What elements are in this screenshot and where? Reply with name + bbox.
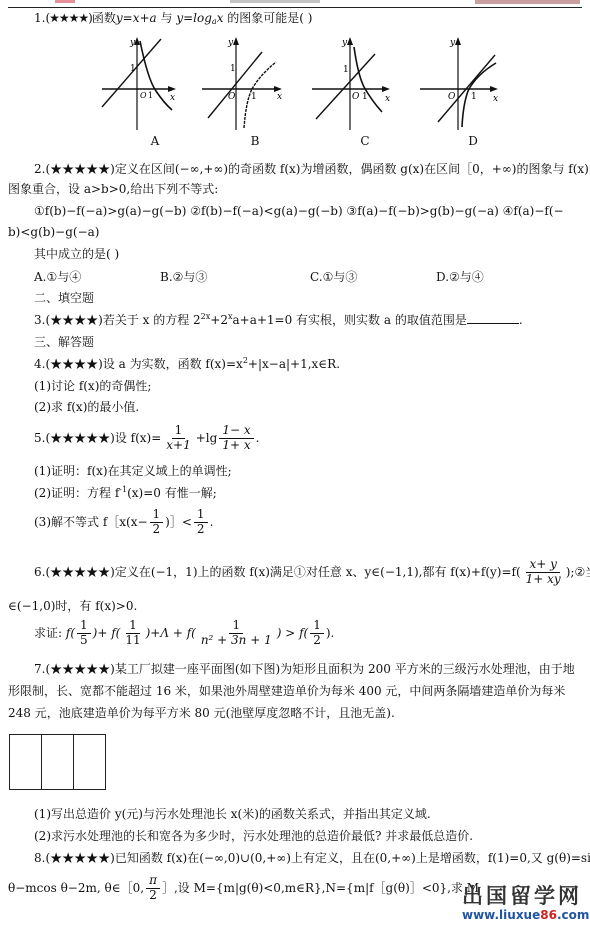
question-2-prompt: 其中成立的是( ): [34, 245, 119, 263]
graph-c: y 1 O 1 x C: [310, 35, 420, 155]
question-7-part-2: (2)求污水处理池的长和宽各为多少时，污水处理池的总造价最低? 并求最低总造价.: [34, 827, 473, 845]
question-4-part-1: (1)讨论 f(x)的奇偶性;: [34, 377, 151, 395]
fraction: 111: [122, 619, 143, 648]
graph-a: y 1 O 1 x A: [100, 35, 210, 155]
fraction: 1x+1: [163, 424, 193, 453]
question-7-part-1: (1)写出总造价 y(元)与污水处理池长 x(米)的函数关系式，并指出其定义域.: [34, 805, 431, 823]
question-5-part-2: (2)证明：方程 f-1(x)=0 有惟一解;: [34, 484, 217, 502]
svg-text:1: 1: [471, 92, 477, 102]
question-2-inequalities: ①f(b)−f(−a)>g(a)−g(−b) ②f(b)−f(−a)<g(a)−…: [34, 202, 564, 220]
fraction: π2: [146, 874, 160, 903]
svg-text:1: 1: [251, 92, 257, 102]
svg-text:O: O: [352, 92, 360, 102]
fraction: 15: [77, 619, 91, 648]
fraction: 1n² + 3n + 1: [198, 619, 275, 648]
watermark-url: www.liuxue86.com: [462, 909, 589, 921]
header-logo: [55, 0, 75, 3]
graph-b: y 1 O 1 x B: [200, 35, 310, 155]
question-8-line-2: θ−mcos θ−2m, θ∈［0,π2］,设 M={m|g(θ)<0,m∈R}…: [8, 874, 479, 903]
graph-d: y O 1 x D: [418, 35, 528, 155]
svg-text:x: x: [493, 94, 498, 104]
svg-text:O: O: [140, 91, 147, 100]
question-6-proof: 求证: f(15)+ f(111)+Λ + f(1n² + 3n + 1) > …: [34, 619, 334, 648]
question-8-line-1: 8.(★★★★★)已知函数 f(x)在(−∞,0)∪(0,+∞)上有定义，且在(…: [34, 849, 590, 867]
svg-text:1: 1: [362, 92, 368, 102]
section-solutions-heading: 三、解答题: [34, 333, 94, 351]
watermark-brand: 出国留学网: [462, 886, 589, 907]
graph-b-label: B: [200, 132, 310, 150]
question-7-line-1: 7.(★★★★★)某工厂拟建一座平面图(如下图)为矩形且面积为 200 平方米的…: [34, 660, 575, 678]
svg-text:y: y: [129, 38, 136, 48]
section-fill-in-heading: 二、填空题: [34, 289, 94, 307]
svg-text:1: 1: [148, 91, 153, 100]
header-rule: [8, 7, 582, 8]
graph-c-plot: y 1 O 1 x: [310, 35, 420, 135]
question-7-line-3: 248 元，池底建造单价为每平方米 80 元(池壁厚度忽略不计，且池无盖).: [8, 704, 395, 722]
question-4-part-2: (2)求 f(x)的最小值.: [34, 398, 139, 416]
header-site-text: [230, 0, 320, 3]
option-a: A.①与④: [34, 268, 81, 286]
fraction: x+ y1+ xy: [523, 558, 564, 587]
question-5: 5.(★★★★★)设 f(x)=1x+1+lg1− x1+ x.: [34, 424, 259, 453]
svg-text:1: 1: [343, 65, 349, 75]
answer-graphs: y 1 O 1 x A y 1 O 1 x B: [100, 35, 520, 155]
fraction: 12: [310, 619, 324, 648]
svg-text:y: y: [227, 38, 234, 48]
pool-floor-plan-diagram: [9, 734, 106, 790]
question-2-line-2: 图象重合，设 a>b>0,给出下列不等式:: [8, 180, 218, 198]
option-c: C.①与③: [310, 268, 357, 286]
question-2-line-1: 2.(★★★★★)定义在区间(−∞,+∞)的奇函数 f(x)为增函数，偶函数 g…: [34, 160, 590, 178]
svg-text:1: 1: [230, 64, 236, 74]
graph-c-label: C: [310, 132, 420, 150]
graph-d-plot: y O 1 x: [418, 35, 528, 135]
question-4: 4.(★★★★)设 a 为实数，函数 f(x)=x2+|x−a|+1,x∈R.: [34, 355, 340, 373]
pool-section: [74, 735, 105, 789]
svg-text:y: y: [449, 38, 456, 48]
svg-text:y: y: [341, 38, 348, 48]
graph-a-label: A: [100, 132, 210, 150]
question-2-inequalities-cont: b)<g(b)−g(−a): [8, 223, 99, 241]
fraction: 12: [150, 508, 164, 537]
svg-text:x: x: [385, 94, 390, 104]
fraction: 12: [194, 508, 208, 537]
svg-text:O: O: [228, 92, 236, 102]
pool-section: [10, 735, 42, 789]
option-b: B.②与③: [160, 268, 207, 286]
option-d: D.②与④: [436, 268, 484, 286]
question-5-part-1: (1)证明：f(x)在其定义域上的单调性;: [34, 462, 232, 480]
svg-text:x: x: [170, 93, 175, 103]
header-right-text: [475, 0, 580, 4]
pool-section: [42, 735, 74, 789]
site-watermark: 出国留学网 www.liuxue86.com: [462, 886, 589, 921]
question-5-part-3: (3)解不等式 f［x(x−12)］<12.: [34, 508, 213, 537]
difficulty-stars: (★★★★): [45, 11, 91, 25]
svg-text:x: x: [277, 92, 282, 102]
question-1: 1.(★★★★)函数y=x+a 与 y=logax 的图象可能是( ): [34, 9, 312, 27]
question-6-line-2: ∈(−1,0)时，有 f(x)>0.: [8, 597, 137, 615]
answer-blank[interactable]: [467, 312, 519, 324]
svg-text:1: 1: [130, 64, 136, 74]
fraction: 1− x1+ x: [219, 424, 253, 453]
graph-a-plot: y 1 O 1 x: [100, 35, 210, 135]
graph-b-plot: y 1 O 1 x: [200, 35, 310, 135]
question-3: 3.(★★★★)若关于 x 的方程 22x+2xa+a+1=0 有实根，则实数 …: [34, 311, 523, 329]
svg-text:O: O: [448, 92, 456, 102]
question-7-line-2: 形限制，长、宽都不能超过 16 米，如果池外周壁建造单价为每米 400 元，中间…: [8, 682, 565, 700]
graph-d-label: D: [418, 132, 528, 150]
question-6: 6.(★★★★★)定义在(−1，1)上的函数 f(x)满足①对任意 x、y∈(−…: [34, 558, 590, 587]
